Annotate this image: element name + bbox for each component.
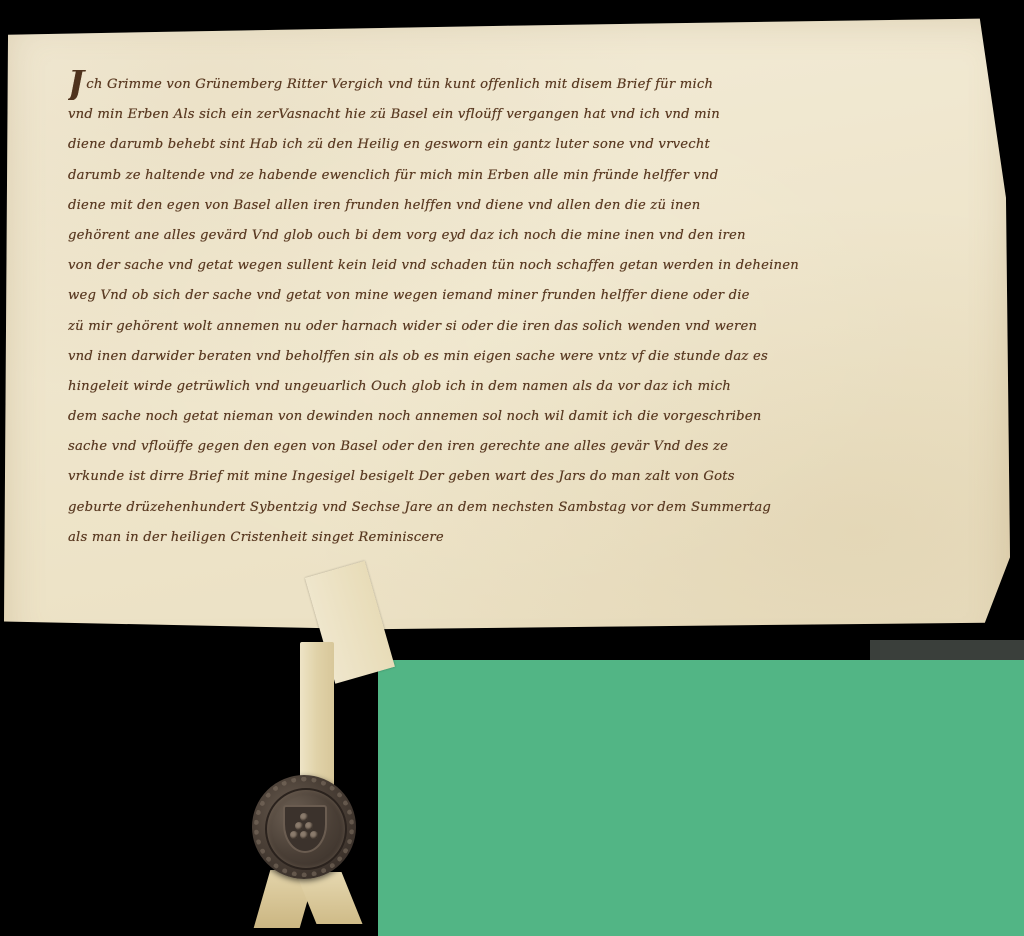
background-dark-strip [870,640,1024,660]
seal-strap-tail-right [295,872,362,924]
bezant-icon [310,831,318,839]
bezant-icon [295,822,303,830]
text-line-11: hingeleit wirde getrüwlich vnd ungeuarli… [68,372,968,402]
text-line-7: von der sache vnd getat wegen sullent ke… [68,251,968,281]
text-line-5: diene mit den egen von Basel allen iren … [68,191,968,221]
text-line-14: vrkunde ist dirre Brief mit mine Ingesig… [68,462,968,492]
text-line-1: Jch Grimme von Grünemberg Ritter Vergich… [68,70,968,100]
text-line-15: geburte drüzehenhundert Sybentzig vnd Se… [68,493,968,523]
initial-letter: J [68,70,84,100]
text-line-6: gehörent ane alles gevärd Vnd glob ouch … [68,221,968,251]
bezant-icon [305,822,313,830]
text-line-13: sache vnd vfloüffe gegen den egen von Ba… [68,432,968,462]
bezant-icon [300,831,308,839]
text-line-16: als man in der heiligen Cristenheit sing… [68,523,968,553]
image-canvas: Jch Grimme von Grünemberg Ritter Vergich… [0,0,1024,936]
charter-text: Jch Grimme von Grünemberg Ritter Vergich… [68,70,968,553]
text-line-8: weg Vnd ob sich der sache vnd getat von … [68,281,968,311]
wax-seal [252,775,356,879]
bezant-icon [300,813,308,821]
text-line-10: vnd inen darwider beraten vnd beholffen … [68,342,968,372]
text-line-2: vnd min Erben Als sich ein zerVasnacht h… [68,100,968,130]
text-line-3: diene darumb behebt sint Hab ich zü den … [68,130,968,160]
seal-strap-lower [300,642,334,792]
bezant-icon [290,831,298,839]
text-line-9: zü mir gehörent wolt annemen nu oder har… [68,312,968,342]
text-line-12: dem sache noch getat nieman von dewinden… [68,402,968,432]
text-line-4: darumb ze haltende vnd ze habende ewencl… [68,161,968,191]
background-green-patch [378,660,1024,936]
